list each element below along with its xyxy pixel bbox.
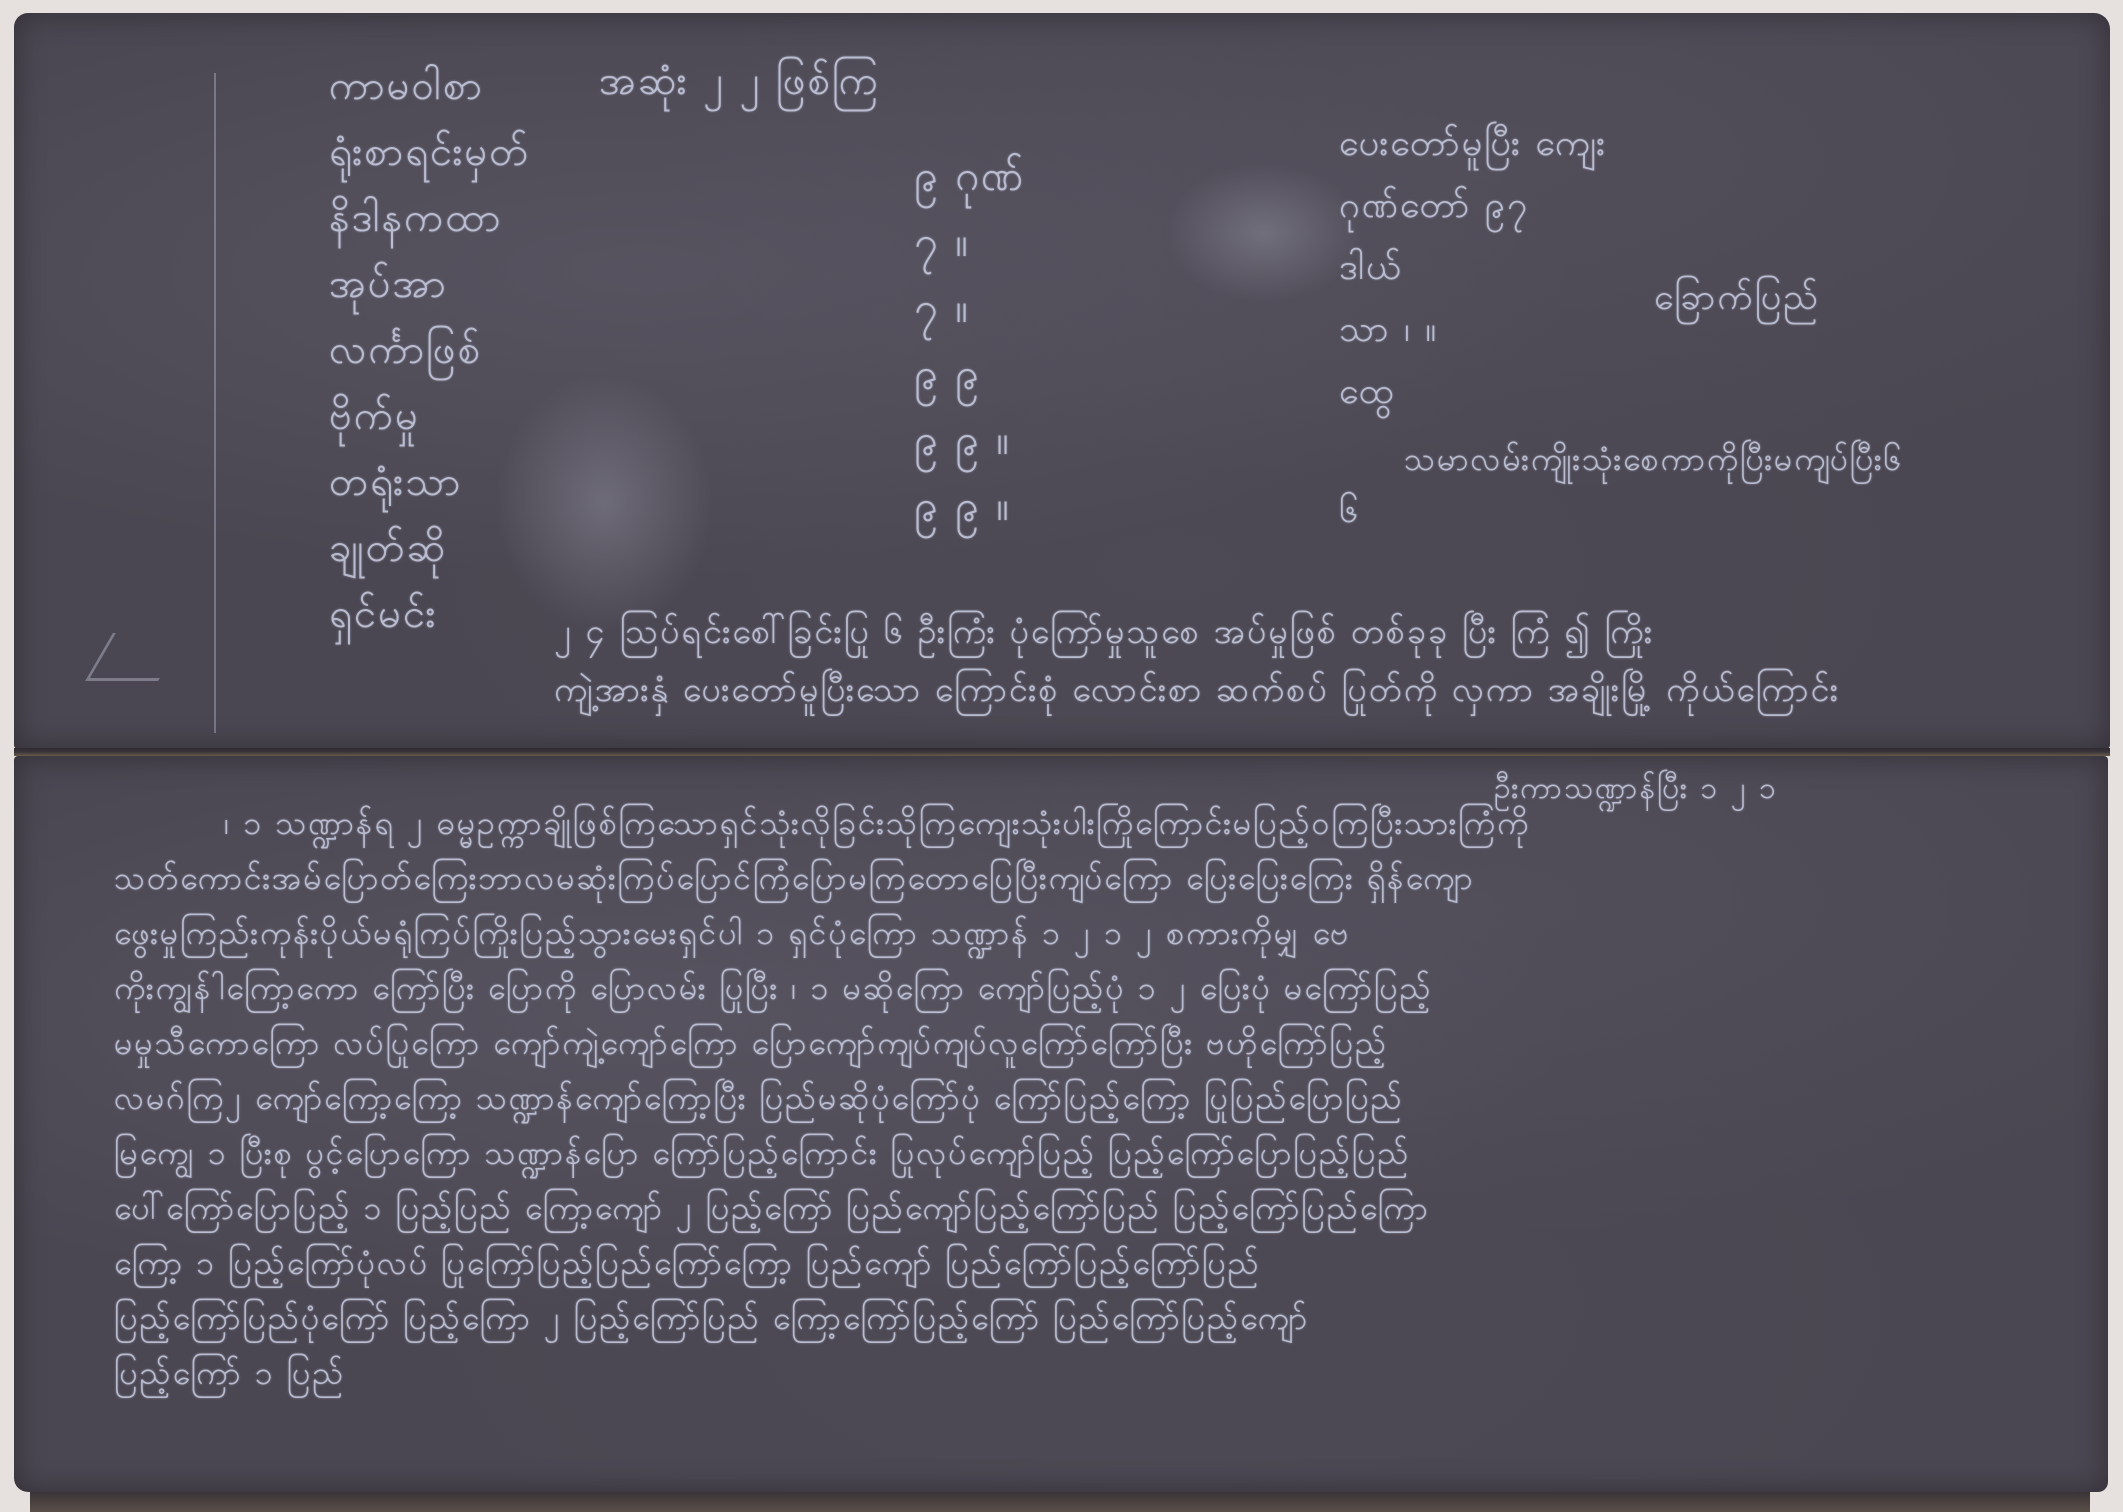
chalk-smudge <box>1164 163 1364 303</box>
text-line: ရှင်မင်း <box>329 581 530 647</box>
right-column-text: ပေးတော်မူပြီး ကျေး ဂုဏ်တော် ၉၇ ဒါယ် သာ ၊… <box>1339 113 1607 423</box>
text-line: ၉ ၉ ။ <box>914 407 1025 473</box>
body-text-block: ၊ ၁ သဏ္ဍာန်ရ ၂ ဓမ္မဥက္ကာချိုဖြစ်ကြသောရှင… <box>114 796 1530 1401</box>
left-column-text: ကာမဝါစာ ရုံးစာရင်းမှတ် နိဒါနကထာ အုပ်အာ လ… <box>329 53 530 647</box>
board-bottom-edge <box>30 1492 2090 1512</box>
text-line: ကြော့ ၁ ပြည့်ကြော်ပုံလပ် ပြုကြော်ပြည့်ပြ… <box>114 1236 1530 1291</box>
text-line: ၇ ။ <box>914 209 1025 275</box>
text-line: သတ်ကောင်းအမ်ပြောတ်ကြေးဘာလမဆုံးကြပ်ပြောင်… <box>114 851 1530 906</box>
text-line: ဂုဏ်တော် ၉၇ <box>1339 175 1607 237</box>
text-line: ၉ ၉ ။ <box>914 473 1025 539</box>
bottom-text-block: ၂ ၄ သြပ်ရင်းစေါ်ခြင်းပြု ၆ ဦးကြံး ပုံကြေ… <box>554 603 1840 719</box>
text-line: တရုံးသာ <box>329 449 530 515</box>
text-line: ပေးတော်မူပြီး ကျေး <box>1339 113 1607 175</box>
text-line: မြကျွေ ၁ ပြီးစု ပွင့်ပြောကြော သဏ္ဍာန်ပြေ… <box>114 1126 1530 1181</box>
text-line: ချုတ်ဆို <box>329 515 530 581</box>
text-line: ပေါ်ကြော်ပြောပြည့် ၁ ပြည့်ပြည် ကြော့ကျော… <box>114 1181 1530 1236</box>
text-line: ကိုးကျွန်ါကြော့ကော ကြော်ပြီး ပြောကို ပြေ… <box>114 961 1530 1016</box>
text-line: ၂ ၄ သြပ်ရင်းစေါ်ခြင်းပြု ၆ ဦးကြံး ပုံကြေ… <box>554 603 1840 661</box>
text-line: ကျဲ့အားနှံ ပေးတော်မူပြီးသော ကြောင်းစုံ လ… <box>554 661 1840 719</box>
text-line: ဖွေးမှုကြည်းကုန်းပိုယ်မရုံကြပ်ကြိုးပြည့်… <box>114 906 1530 961</box>
text-line: နိဒါနကထာ <box>329 185 530 251</box>
text-line: ၇ ။ <box>914 275 1025 341</box>
text-line: သာ ၊ ။ <box>1339 299 1607 361</box>
text-line: လမဂ်ကြ၂ ကျော်ကြော့ကြော့ သဏ္ဍာန်ကျော်ကြော… <box>114 1071 1530 1126</box>
text-line: ပြည့်ကြော် ၁ ပြည် <box>114 1346 1530 1401</box>
text-line: ကာမဝါစာ <box>329 53 530 119</box>
text-line: ဗိုက်မှု <box>329 383 530 449</box>
text-line: ၉ ဂုဏ် <box>914 143 1025 209</box>
section-header: ဦးကာသဏ္ဍာန်ပြီး ၁ ၂ ၁ <box>1494 768 1778 813</box>
upper-panel: ကာမဝါစာ ရုံးစာရင်းမှတ် နိဒါနကထာ အုပ်အာ လ… <box>14 13 2110 749</box>
middle-column-text: ၉ ဂုဏ် ၇ ။ ၇ ။ ၉ ၉ ၉ ၉ ။ ၉ ၉ ။ <box>914 143 1025 539</box>
text-line: အုပ်အာ <box>329 251 530 317</box>
right-fragment: ခြောက်ပြည် <box>1654 273 1820 327</box>
right-fragment: ၆ <box>1339 488 1360 539</box>
right-fragment: သမာလမ်းကျိုးသုံးစေကာကိုပြီးမကျပ်ပြီး၆ <box>1404 438 1904 486</box>
text-line: ဒါယ် <box>1339 237 1607 299</box>
lower-panel: ဦးကာသဏ္ဍာန်ပြီး ၁ ၂ ၁ ၊ ၁ သဏ္ဍာန်ရ ၂ ဓမ္… <box>14 756 2108 1492</box>
text-line: ၊ ၁ သဏ္ဍာန်ရ ၂ ဓမ္မဥက္ကာချိုဖြစ်ကြသောရှင… <box>114 796 1530 851</box>
top-row-fragment: အဆုံး ၂ ၂ ဖြစ်ကြ <box>599 55 880 114</box>
margin-arrow-mark <box>85 633 186 681</box>
margin-rule <box>214 73 216 733</box>
text-line: ၉ ၉ <box>914 341 1025 407</box>
text-line: ရုံးစာရင်းမှတ် <box>329 119 530 185</box>
fold-crease <box>14 748 2110 756</box>
text-line: ထွေ <box>1339 361 1607 423</box>
text-line: မမှုသီကောကြော လပ်ပြုကြော ကျော်ကျဲ့ကျော်က… <box>114 1016 1530 1071</box>
text-line: ပြည့်ကြော်ပြည်ပုံကြော် ပြည့်ကြော ၂ ပြည့်… <box>114 1291 1530 1346</box>
text-line: လင်္ကာဖြစ် <box>329 317 530 383</box>
